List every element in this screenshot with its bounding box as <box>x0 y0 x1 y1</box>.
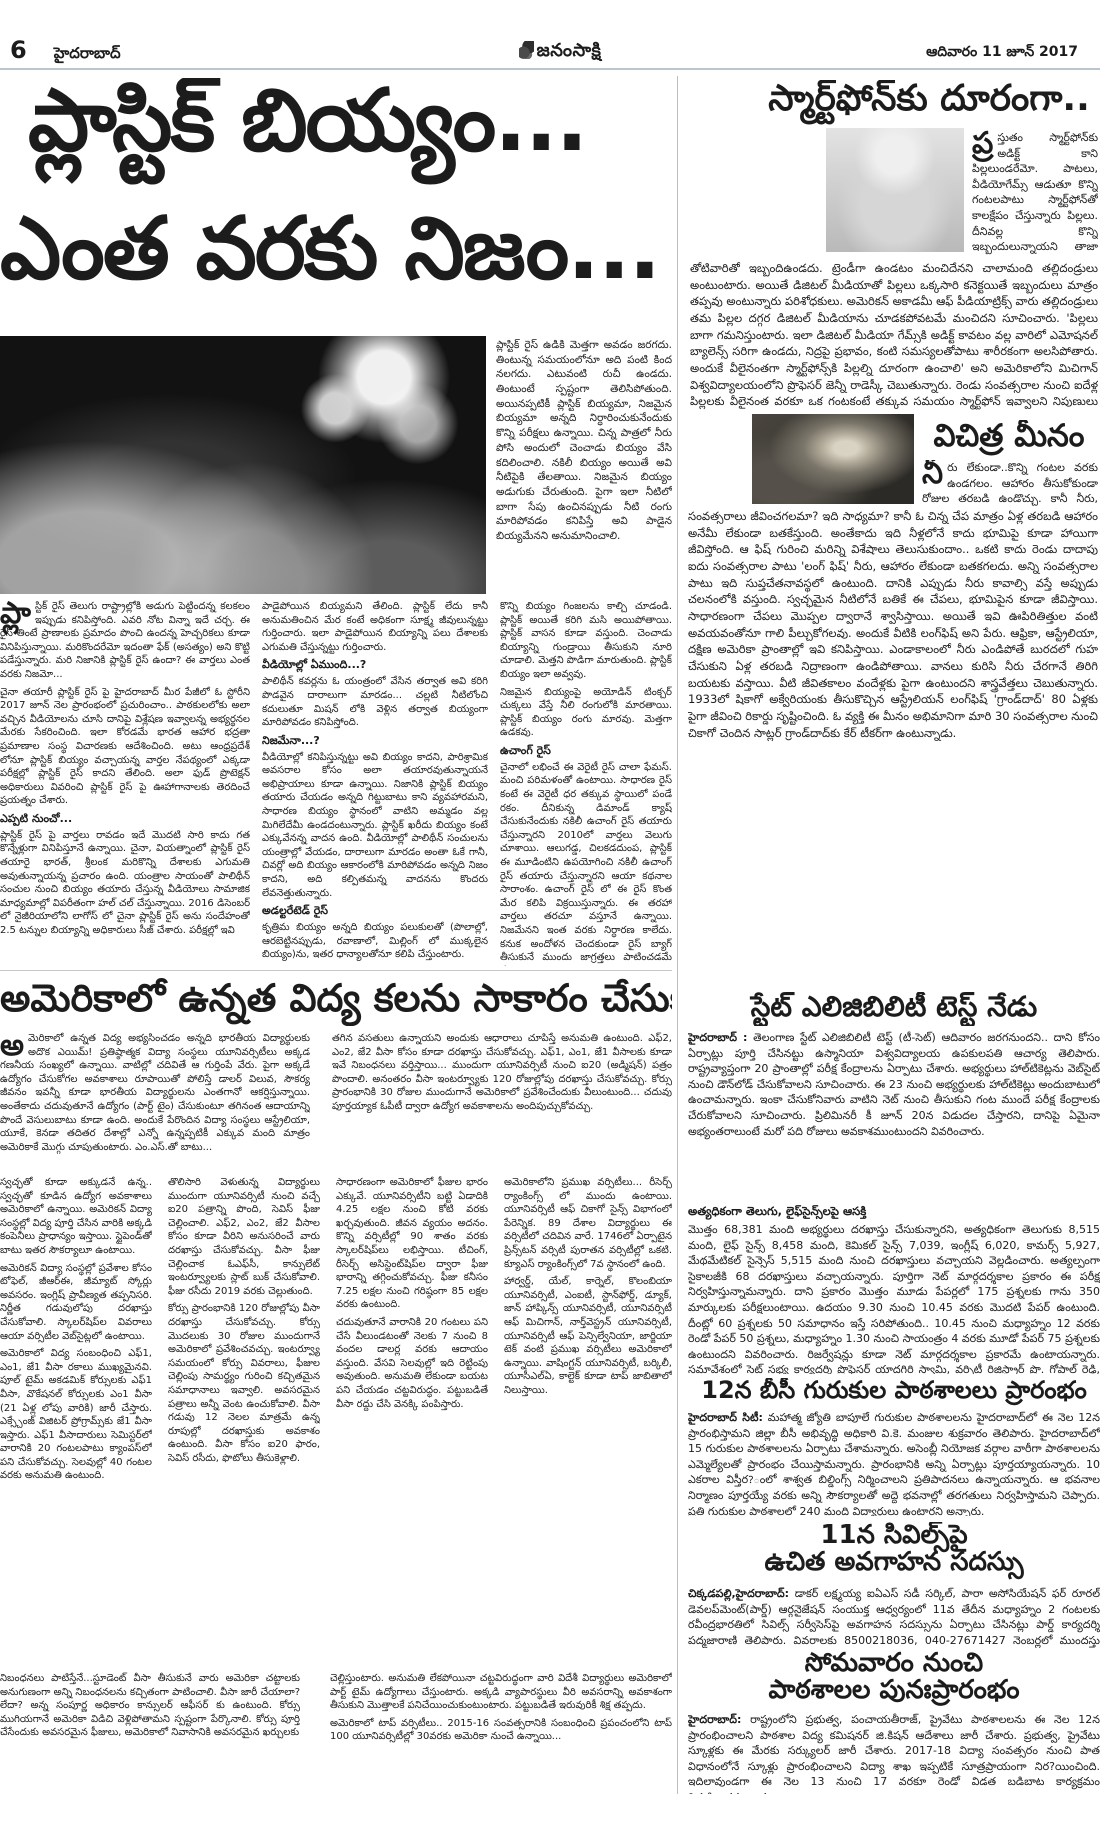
school-reopen-headline: సోమవారం నుంచి పాఠశాలల పునఃప్రారంభం <box>688 1650 1100 1710</box>
article-paragraph: స్వచ్ఛతో కూడా అక్కుడనే ఉన్న.. స్వచ్ఛతో క… <box>0 1176 152 1258</box>
set-headline: స్టేట్ ఎలిజిబిలిటీ టెస్ట్ నేడు <box>688 992 1100 1026</box>
article-subhead: ఎప్పటి నుంచో... <box>0 812 250 827</box>
article-paragraph: సాధారణంగా అమెరికాలో ఫీజుల భారం ఎక్కువే. … <box>336 1176 488 1312</box>
article-paragraph: తగిన వసతులు ఉన్నాయని అందుకు ఆధారాలు చూపి… <box>332 1032 672 1114</box>
article-paragraph: నిబంధనలు పాటిస్తేనే...స్టూడెంట్ వీసా తీస… <box>0 1672 300 1740</box>
fish-lead: నీరు లేకుండా..కొన్ని గంటల వరకు ఉండగలం. ఆ… <box>922 460 1098 506</box>
rice-headline-line1: ప్లాస్టిక్ బియ్యం... <box>28 78 673 204</box>
education-grid-col-1: స్వచ్ఛతో కూడా అక్కుడనే ఉన్న.. స్వచ్ఛతో క… <box>0 1176 152 1666</box>
article-paragraph: పాడైపోయిన బియ్యమని తేలింది. ప్లాస్టిక్ ల… <box>262 600 488 654</box>
smartphone-headline: స్మార్ట్‌ఫోన్‌కు దూరంగా.. <box>760 80 1098 126</box>
education-tail-col-1: నిబంధనలు పాటిస్తేనే...స్టూడెంట్ వీసా తీస… <box>0 1672 300 1794</box>
civils-headline: 11న సివిల్స్‌పై ఉచిత అవగాహన సదస్సు <box>688 1522 1100 1582</box>
school-reopen-dateline: హైదరాబాద్: <box>688 1713 741 1726</box>
article-paragraph: అమెరికాలో ఉన్నత విద్య అభ్యసించడం అన్నది … <box>0 1032 310 1154</box>
article-paragraph: ప్లాస్టిక్ రైస్ తెలుగు రాష్ట్రాల్లోకి అడ… <box>0 600 250 682</box>
article-subhead: నిజమేనా...? <box>262 734 488 749</box>
bc-gurukul-dateline: హైదరాబాద్ సిటీ: <box>688 1411 763 1424</box>
school-reopen-body-text: రాష్ట్రంలోని ప్రభుత్వ, పంచాయతీరాజ్, ప్రై… <box>688 1713 1100 1794</box>
fish-body: సంవత్సరాలు జీవించగలమా? ఇది సాధ్యమా? కానీ… <box>688 508 1098 976</box>
article-paragraph: పాలిథీన్ కవర్లను ఓ యంత్రంలో వేసిన తర్వాత… <box>262 675 488 729</box>
article-subhead: ఉచాంగ్ రైస్ <box>500 744 672 759</box>
education-intro-col-2: తగిన వసతులు ఉన్నాయని అందుకు ఆధారాలు చూపి… <box>332 1032 672 1170</box>
education-headline: అమెరికాలో ఉన్నత విద్య కలను సాకారం చేసుకు… <box>0 978 672 1026</box>
article-paragraph: వీడియోల్లో కనిపిస్తున్నట్టు అవి బియ్యం క… <box>262 751 488 901</box>
civils-dateline: చిక్కడపల్లి,హైదరాబాద్: <box>688 1587 789 1600</box>
masthead-grain-icon <box>519 41 534 59</box>
article-paragraph: అమెరికాలో విద్య సంబంధించి ఎఫ్1, ఎం1, జే1… <box>0 1347 152 1483</box>
article-paragraph: హార్వర్డ్, యేల్, కార్నెల్, కొలంబియా యూని… <box>504 1275 672 1397</box>
page-number: 6 <box>10 36 27 64</box>
education-intro-col-1: అమెరికాలో ఉన్నత విద్య అభ్యసించడం అన్నది … <box>0 1032 310 1170</box>
article-paragraph: అమెరికాలోని ప్రముఖ వర్సిటీలు... రీసెర్చ్… <box>504 1176 672 1271</box>
article-paragraph: చదువుతూనే వారానికి 20 గంటలు పని చేసే వీల… <box>336 1316 488 1411</box>
civils-headline-line1: 11న సివిల్స్‌పై <box>688 1522 1100 1549</box>
article-paragraph: కొన్ని బియ్యం గింజలను కాల్చి చూడండి. ప్ల… <box>500 600 672 682</box>
article-paragraph: అమెరికన్ విద్యా సంస్థల్లో ప్రవేశాల కోసం … <box>0 1262 152 1344</box>
set-body-2: మొత్తం 68,381 మంది అభ్యర్థులు దరఖాస్తు చ… <box>688 1222 1100 1374</box>
rice-photo <box>0 336 486 594</box>
smartphone-lead: ప్రస్తుతం స్మార్ట్‌ఫోన్‌కు అడిక్ట్ కాని … <box>972 130 1098 256</box>
newspaper-page: 6 హైదరాబాద్ జనంసాక్షి ఆదివారం 11 జూన్ 20… <box>0 0 1100 1833</box>
set-subhead: అత్యధికంగా తెలుగు, లైఫ్‌సైన్స్‌లపై ఆసక్త… <box>688 1204 1100 1220</box>
civils-body: చిక్కడపల్లి,హైదరాబాద్: డాకర్ లక్ష్మయ్య ఐ… <box>688 1586 1100 1648</box>
baby-photo <box>826 128 964 252</box>
column-divider <box>677 76 678 1794</box>
bc-gurukul-body: హైదరాబాద్ సిటీ: మహాత్మ జ్యోతి బాపూలే గుర… <box>688 1410 1100 1516</box>
article-paragraph: చైనా తయారీ ప్లాస్టిక్ రైస్ పై హైదరాబాద్ … <box>0 686 250 808</box>
rice-column-2: పాడైపోయిన బియ్యమని తేలింది. ప్లాస్టిక్ ల… <box>262 600 488 966</box>
rice-side-paragraph: ప్లాస్టిక్ రైస్ ఉడికి మెత్తగా అవడం జరగదు… <box>496 338 672 594</box>
civils-headline-line2: ఉచిత అవగాహన సదస్సు <box>688 1549 1100 1576</box>
school-reopen-headline-line2: పాఠశాలల పునఃప్రారంభం <box>688 1677 1100 1704</box>
school-reopen-body: హైదరాబాద్: రాష్ట్రంలోని ప్రభుత్వ, పంచాయత… <box>688 1712 1100 1794</box>
fish-headline: విచిత్ర మీనం <box>920 420 1098 458</box>
article-paragraph: నిజమైన బియ్యంపై అయోడిన్ టింక్చర్ చుక్కలు… <box>500 686 672 740</box>
education-tail-col-2: చెల్లిస్తుంటారు. అనుమతి లేకపోయినా చట్టవి… <box>330 1672 672 1794</box>
article-paragraph: కోర్సు ప్రారంభానికి 120 రోజుల్లోపు వీసా … <box>168 1302 320 1465</box>
article-paragraph: అమెరికాలో టాప్ వర్సిటీలు.. 2015-16 సంవత్… <box>330 1717 672 1744</box>
fish-photo <box>752 414 914 504</box>
set-dateline: హైదరాబాద్ : <box>688 1031 747 1044</box>
school-reopen-headline-line1: సోమవారం నుంచి <box>688 1650 1100 1677</box>
bc-gurukul-body-text: మహాత్మ జ్యోతి బాపూలే గురుకుల పాఠశాలలను హ… <box>688 1411 1100 1516</box>
rice-headline-line2: ఎంత వరకు నిజం... <box>0 206 672 332</box>
article-paragraph: కృత్రిమ బియ్యం అన్నది బియ్యం పలుకులతో (ప… <box>262 921 488 962</box>
set-body-1: హైదరాబాద్ : తెలంగాణ స్టేట్ ఎలిజిబిలిటీ ట… <box>688 1030 1100 1202</box>
article-subhead: వీడియోల్లో ఏముంది...? <box>262 658 488 673</box>
rice-column-3: కొన్ని బియ్యం గింజలను కాల్చి చూడండి. ప్ల… <box>500 600 672 966</box>
section-rule <box>0 970 672 971</box>
article-paragraph: చెల్లిస్తుంటారు. అనుమతి లేకపోయినా చట్టవి… <box>330 1672 672 1713</box>
smartphone-body: తోటివారితో ఇబ్బందిఉండదు. ట్రెండీగా ఉండటం… <box>690 260 1098 410</box>
page-date: ఆదివారం 11 జూన్ 2017 <box>926 44 1078 63</box>
bc-gurukul-headline: 12న బీసీ గురుకుల పాఠశాలలు ప్రారంభం <box>688 1378 1100 1408</box>
header-rule <box>0 68 1100 70</box>
rice-column-1: ప్లాస్టిక్ రైస్ తెలుగు రాష్ట్రాల్లోకి అడ… <box>0 600 250 966</box>
education-grid-col-4: అమెరికాలోని ప్రముఖ వర్సిటీలు... రీసెర్చ్… <box>504 1176 672 1666</box>
article-paragraph: తొలిసారి వెళుతున్న విద్యార్థులు ముందుగా … <box>168 1176 320 1298</box>
education-grid-col-2: తొలిసారి వెళుతున్న విద్యార్థులు ముందుగా … <box>168 1176 320 1666</box>
masthead: జనంసాక్షి <box>450 40 670 68</box>
edition-city: హైదరాబాద్ <box>54 44 121 62</box>
set-body-text-1: తెలంగాణ స్టేట్ ఎలిజిబిలిటీ టెస్ట్ (టీ-సె… <box>688 1031 1100 1138</box>
article-paragraph: ప్లాస్టిక్ రైస్ పై వార్తలు రావడం ఇదే మొద… <box>0 829 250 938</box>
article-subhead: అడల్టరేటెడ్ రైస్ <box>262 904 488 919</box>
masthead-title: జనంసాక్షి <box>537 40 602 61</box>
article-paragraph: చైనాలో లభించే ఈ వెరైటీ రైస్ చాలా ఫేమస్. … <box>500 761 672 966</box>
education-grid-col-3: సాధారణంగా అమెరికాలో ఫీజుల భారం ఎక్కువే. … <box>336 1176 488 1666</box>
